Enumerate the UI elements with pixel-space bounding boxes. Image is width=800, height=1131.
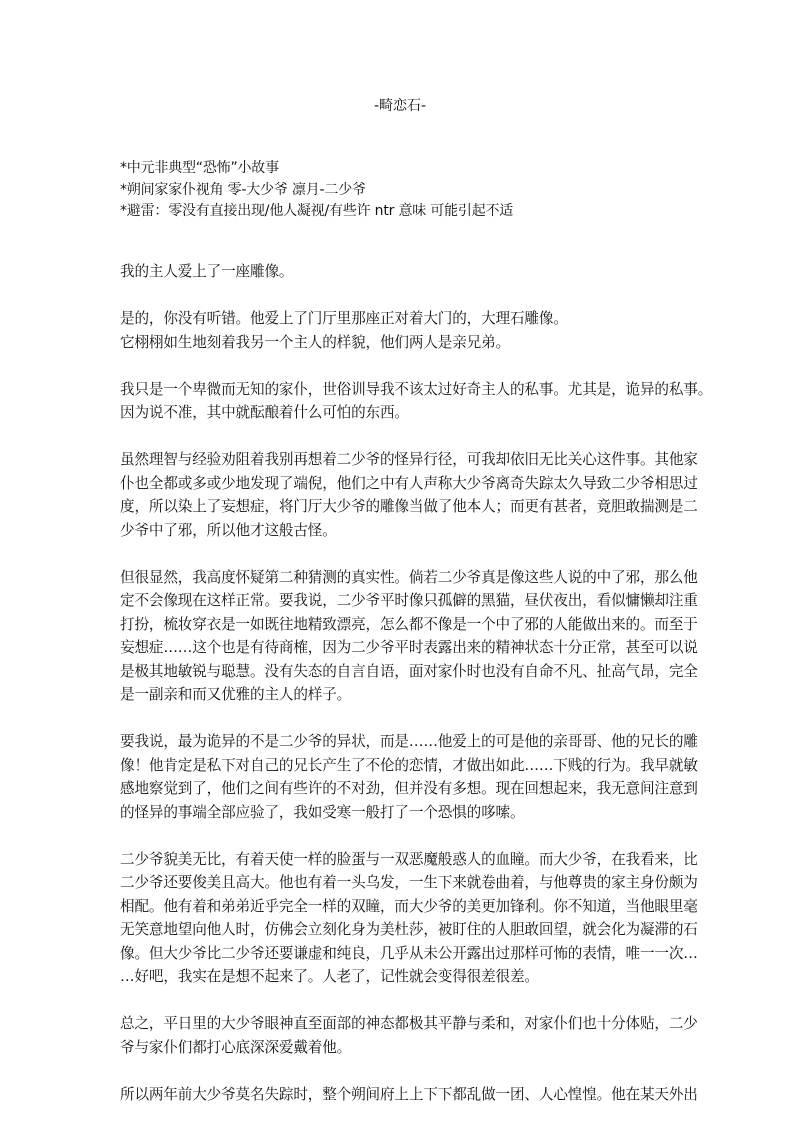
text-line: 像！他肯定是私下对自己的兄长产生了不伦的恋情，才做出如此……下贱的行为。我早就敏 (120, 754, 685, 778)
paragraph: 要我说，最为诡异的不是二少爷的异状，而是……他爱上的可是他的亲哥哥、他的兄长的雕… (120, 730, 685, 824)
text-line: 感地察觉到了，他们之间有些许的不对劲，但并没有多想。现在回想起来，我无意间注意到 (120, 777, 685, 801)
text-line: 是一副亲和而又优雅的主人的样子。 (120, 683, 685, 707)
text-line: 总之，平日里的大少爷眼神直至面部的神态都极其平静与柔和，对家仆们也十分体贴，二少 (120, 1012, 685, 1036)
note-perspective: *朔间家家仆视角 零-大少爷 凛月-二少爷 (120, 180, 685, 202)
text-line: 要我说，最为诡异的不是二少爷的异状，而是……他爱上的可是他的亲哥哥、他的兄长的雕 (120, 730, 685, 754)
text-line: 我只是一个卑微而无知的家仆，世俗训导我不该太过好奇主人的私事。尤其是，诡异的私事… (120, 378, 685, 402)
document-title: -畸恋石- (0, 96, 800, 116)
text-line: 我的主人爱上了一座雕像。 (120, 260, 685, 284)
text-line: 度，所以染上了妄想症，将门厅大少爷的雕像当做了他本人；而更有甚者，竟胆敢揣测是二 (120, 495, 685, 519)
text-line: 二少爷貌美无比，有着天使一样的脸蛋与一双恶魔般惑人的血瞳。而大少爷，在我看来，比 (120, 848, 685, 872)
text-line: 的怪异的事端全部应验了，我如受寒一般打了一个恐惧的哆嗦。 (120, 801, 685, 825)
text-line: 是极其地敏锐与聪慧。没有失态的自言自语，面对家仆时也没有自命不凡、扯高气昂，完全 (120, 660, 685, 684)
text-line: 爷与家仆们都打心底深深爱戴着他。 (120, 1036, 685, 1060)
text-line: 少爷中了邪，所以他才这般古怪。 (120, 519, 685, 543)
text-line: 像。但大少爷比二少爷还要谦虚和纯良，几乎从未公开露出过那样可怖的表情，唯一一次… (120, 942, 685, 966)
paragraph: 总之，平日里的大少爷眼神直至面部的神态都极其平静与柔和，对家仆们也十分体贴，二少… (120, 1012, 685, 1059)
note-warning: *避雷：零没有直接出现/他人凝视/有些许 ntr 意味 可能引起不适 (120, 201, 685, 223)
paragraph: 是的，你没有听错。他爱上了门厅里那座正对着大门的，大理石雕像。 它栩栩如生地刻着… (120, 307, 685, 354)
paragraph: 二少爷貌美无比，有着天使一样的脸蛋与一双恶魔般惑人的血瞳。而大少爷，在我看来，比… (120, 848, 685, 989)
text-line: 所以两年前大少爷莫名失踪时，整个朔间府上上下下都乱做一团、人心惶惶。他在某天外出 (120, 1083, 685, 1107)
paragraph: 但很显然，我高度怀疑第二种猜测的真实性。倘若二少爷真是像这些人说的中了邪，那么他… (120, 566, 685, 707)
text-line: 但很显然，我高度怀疑第二种猜测的真实性。倘若二少爷真是像这些人说的中了邪，那么他 (120, 566, 685, 590)
paragraph: 我的主人爱上了一座雕像。 (120, 260, 685, 284)
text-line: …好吧，我实在是想不起来了。人老了，记性就会变得很差很差。 (120, 965, 685, 989)
text-line: 二少爷还要俊美且高大。他也有着一头乌发，一生下来就卷曲着，与他尊贵的家主身份颇为 (120, 871, 685, 895)
text-line: 无笑意地望向他人时，仿佛会立刻化身为美杜莎，被盯住的人胆敢回望，就会化为凝滞的石 (120, 918, 685, 942)
text-line: 因为说不准，其中就酝酿着什么可怕的东西。 (120, 401, 685, 425)
text-line: 相配。他有着和弟弟近乎完全一样的双瞳，而大少爷的美更加锋利。你不知道，当他眼里毫 (120, 895, 685, 919)
text-line: 打扮，梳妆穿衣是一如既往地精致漂亮，怎么都不像是一个中了邪的人能做出来的。而至于 (120, 613, 685, 637)
paragraph: 所以两年前大少爷莫名失踪时，整个朔间府上上下下都乱做一团、人心惶惶。他在某天外出 (120, 1083, 685, 1107)
paragraph: 虽然理智与经验劝阻着我别再想着二少爷的怪异行径，可我却依旧无比关心这件事。其他家… (120, 448, 685, 542)
text-line: 仆也全都或多或少地发现了端倪，他们之中有人声称大少爷离奇失踪太久导致二少爷相思过 (120, 472, 685, 496)
text-line: 是的，你没有听错。他爱上了门厅里那座正对着大门的，大理石雕像。 (120, 307, 685, 331)
text-line: 它栩栩如生地刻着我另一个主人的样貌，他们两人是亲兄弟。 (120, 331, 685, 355)
note-genre: *中元非典型“恐怖”小故事 (120, 158, 685, 180)
story-body: 我的主人爱上了一座雕像。 是的，你没有听错。他爱上了门厅里那座正对着大门的，大理… (120, 260, 685, 1130)
author-notes: *中元非典型“恐怖”小故事 *朔间家家仆视角 零-大少爷 凛月-二少爷 *避雷：… (120, 158, 685, 223)
text-line: 妄想症……这个也是有待商榷，因为二少爷平时表露出来的精神状态十分正常，甚至可以说 (120, 636, 685, 660)
paragraph: 我只是一个卑微而无知的家仆，世俗训导我不该太过好奇主人的私事。尤其是，诡异的私事… (120, 378, 685, 425)
text-line: 定不会像现在这样正常。要我说，二少爷平时像只孤僻的黑猫，昼伏夜出，看似慵懒却注重 (120, 589, 685, 613)
text-line: 虽然理智与经验劝阻着我别再想着二少爷的怪异行径，可我却依旧无比关心这件事。其他家 (120, 448, 685, 472)
